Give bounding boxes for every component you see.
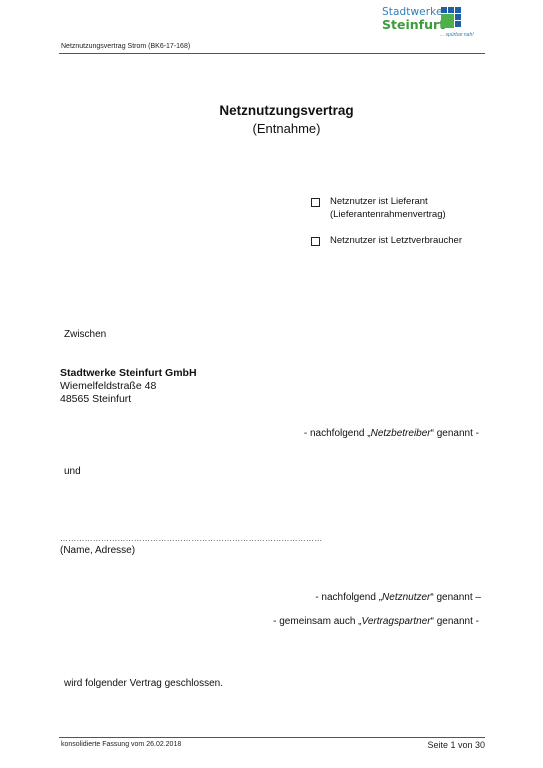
role-prefix: - gemeinsam auch „ [273,616,361,627]
role-suffix: “ genannt - [431,428,479,439]
header-document-ref: Netznutzungsvertrag Strom (BK6-17-168) [61,43,190,50]
option-supplier[interactable]: Netznutzer ist Lieferant (Lieferantenrah… [311,196,446,221]
partners-role-note: - gemeinsam auch „Vertragspartner“ genan… [273,616,479,629]
name-address-blank: …………………………………………………………………………………… [60,534,322,543]
option-end-consumer-label: Netznutzer ist Letztverbraucher [330,235,462,248]
role-suffix: “ genannt – [430,592,481,603]
role-suffix: “ genannt - [431,616,479,627]
operator-role-note: - nachfolgend „Netzbetreiber“ genannt - [304,428,479,441]
checkbox-supplier[interactable] [311,198,320,207]
option-supplier-sublabel: (Lieferantenrahmenvertrag) [330,209,446,222]
between-label: Zwischen [64,329,106,342]
footer-version: konsolidierte Fassung vom 26.02.2018 [61,741,181,748]
page-number: Seite 1 von 30 [427,740,485,750]
footer-divider [59,737,485,738]
name-address-label: (Name, Adresse) [60,545,135,558]
and-label: und [64,466,81,479]
operator-name: Stadtwerke Steinfurt GmbH [60,367,197,380]
logo-squares-icon [441,7,462,28]
role-term: Vertragspartner [362,616,431,627]
logo-text-line2: Steinfurt [382,19,445,32]
logo-tagline: ... spürbar nah! [440,32,474,38]
closing-sentence: wird folgender Vertrag geschlossen. [64,678,223,691]
company-logo: Stadtwerke Steinfurt ... spürbar nah! [382,4,482,44]
document-subtitle: (Entnahme) [0,121,543,136]
role-term: Netzbetreiber [371,428,431,439]
option-end-consumer[interactable]: Netznutzer ist Letztverbraucher [311,235,462,248]
option-supplier-label: Netznutzer ist Lieferant [330,196,446,209]
checkbox-end-consumer[interactable] [311,237,320,246]
logo-text-line1: Stadtwerke [382,7,443,18]
user-role-note: - nachfolgend „Netznutzer“ genannt – [315,592,481,605]
role-term: Netznutzer [382,592,430,603]
operator-city: 48565 Steinfurt [60,393,131,406]
header-divider [59,53,485,54]
role-prefix: - nachfolgend „ [304,428,371,439]
role-prefix: - nachfolgend „ [315,592,382,603]
operator-street: Wiemelfeldstraße 48 [60,380,156,393]
document-title: Netznutzungsvertrag [0,103,543,118]
